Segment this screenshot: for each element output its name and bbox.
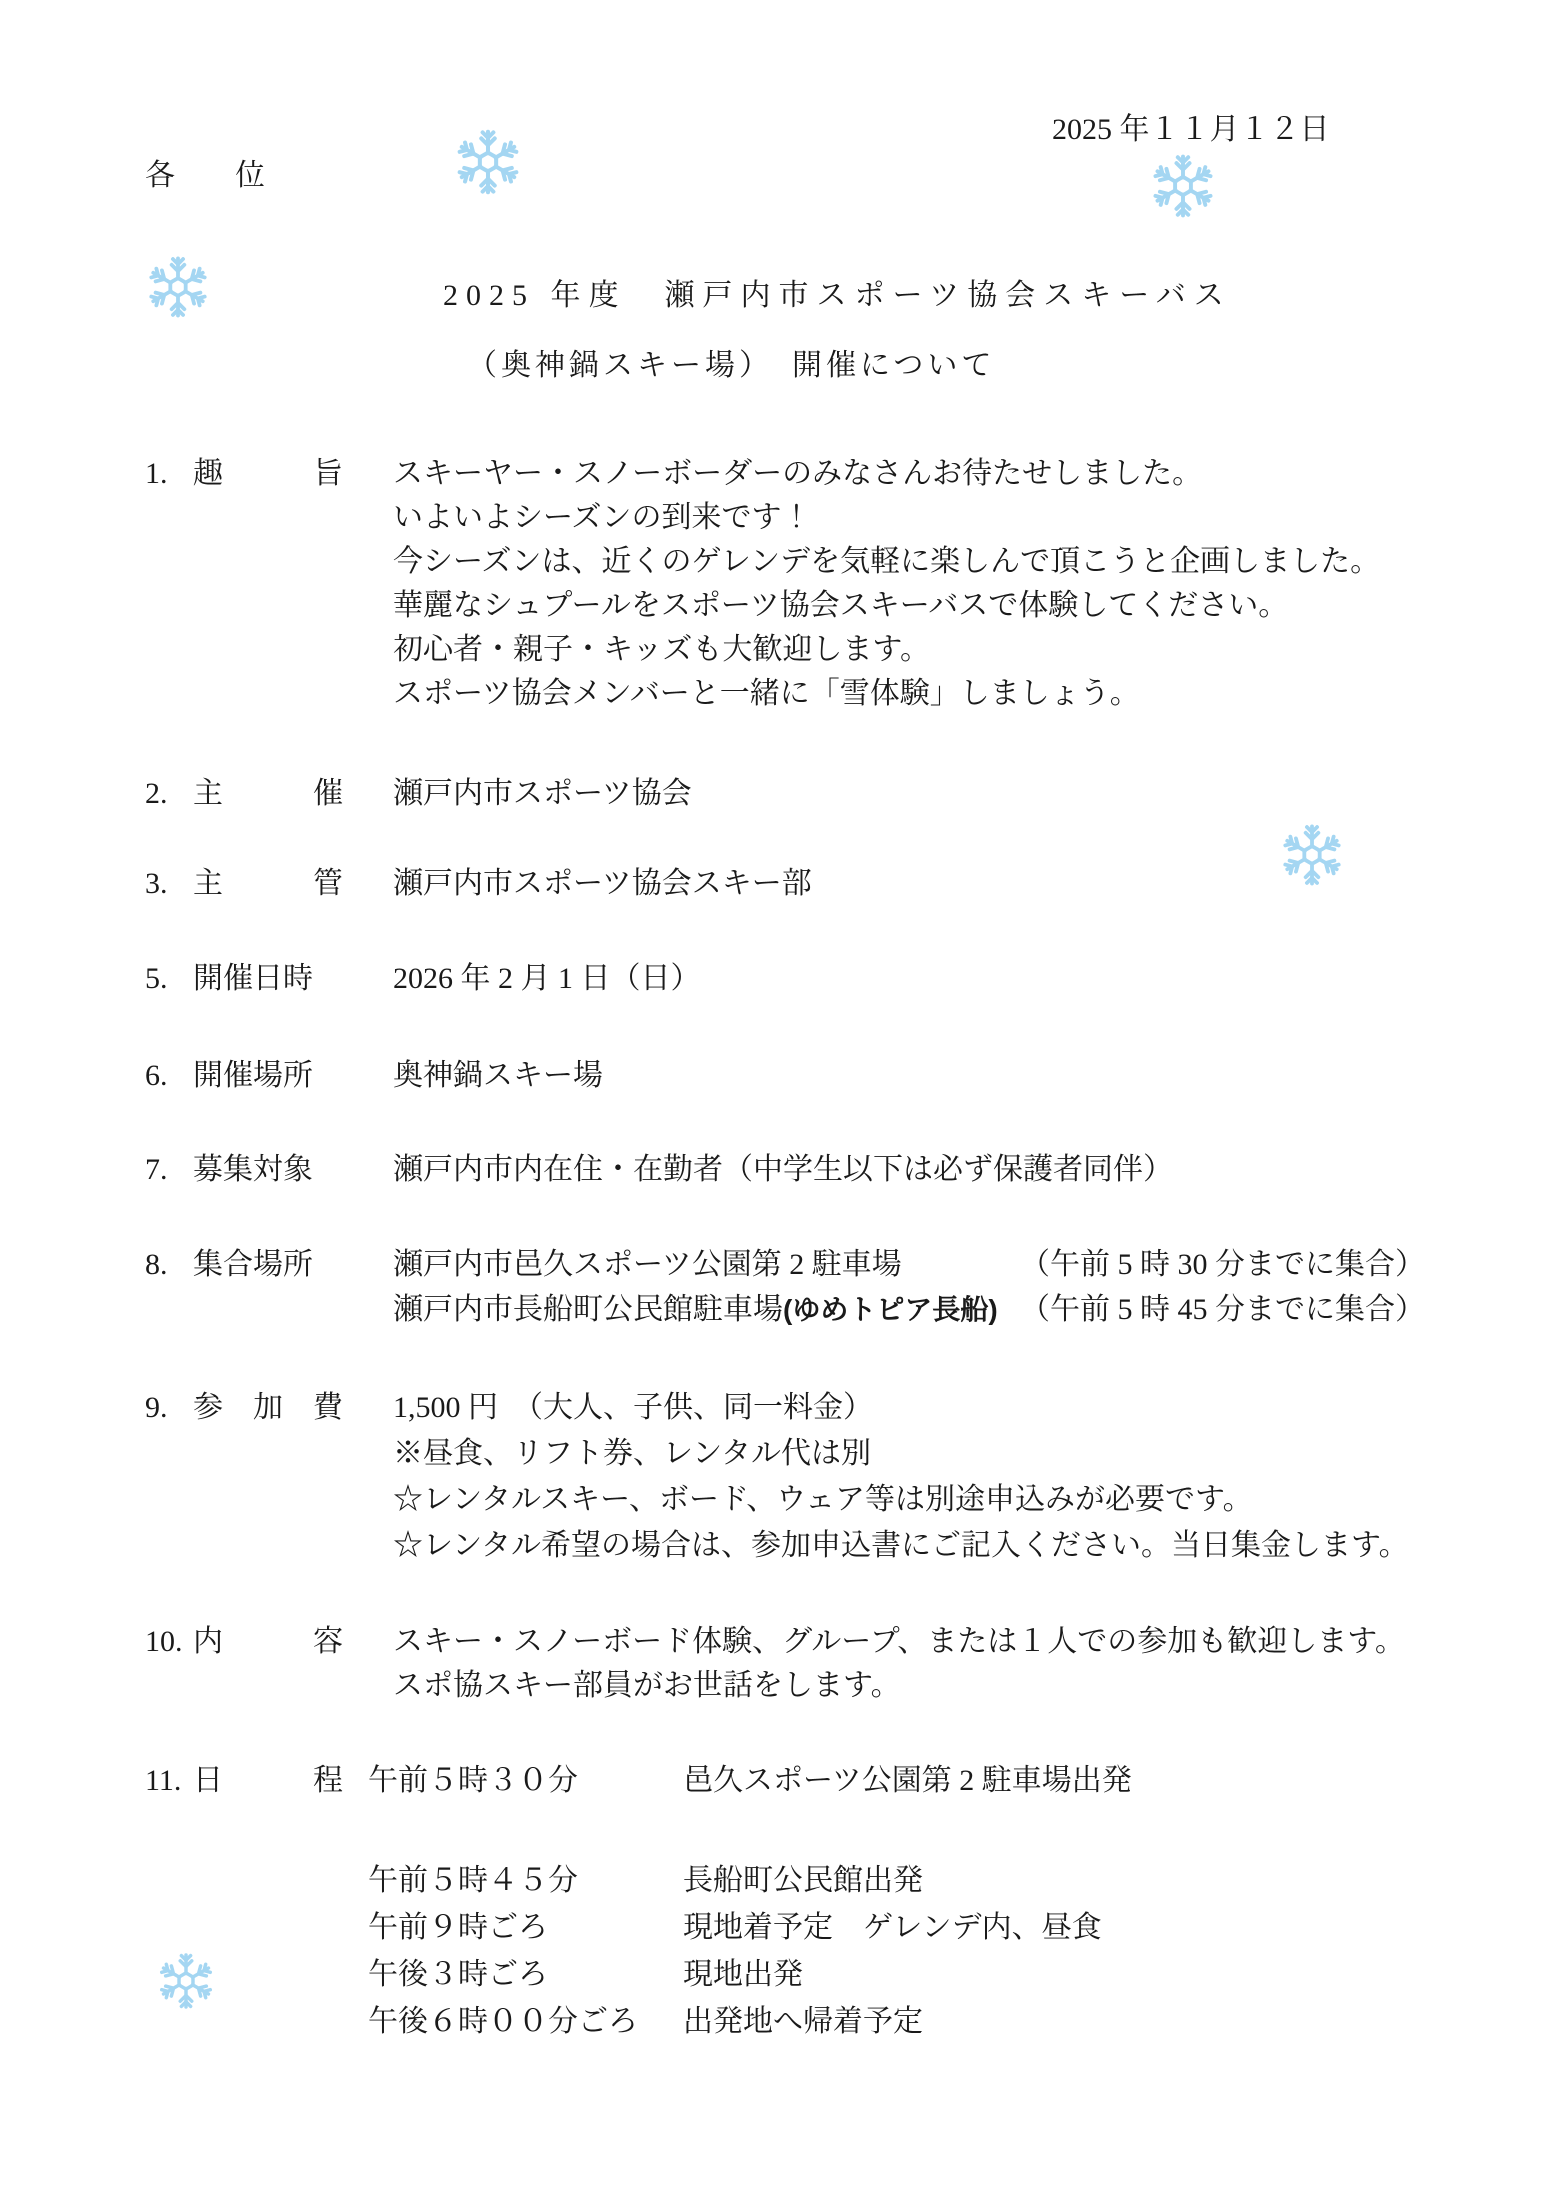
section-label: 趣 旨 (193, 452, 393, 496)
meeting-place-name: 瀬戸内市長船町公民館駐車場(ゆめトピア長船) (393, 1287, 1020, 1332)
section-line: 華麗なシュプールをスポーツ協会スキーバスで体験してください。 (393, 584, 1380, 628)
section-organizer: 2. 主 催 瀬戸内市スポーツ協会 (145, 772, 692, 816)
section-meeting-place: 8. 集合場所 瀬戸内市邑久スポーツ公園第 2 駐車場（午前 5 時 30 分ま… (145, 1242, 1425, 1332)
section-line: 2026 年 2 月 1 日（日） (393, 957, 701, 1001)
schedule-time: 午後６時００分ごろ (368, 1998, 683, 2045)
document-title-line1: 2025 年度 瀬戸内市スポーツ協会スキーバス (443, 276, 1232, 316)
section-content: スキー・スノーボード体験、グループ、または１人での参加も歓迎します。 スポ協スキ… (393, 1620, 1405, 1708)
schedule-row: 午後３時ごろ現地出発 (368, 1951, 1102, 1998)
section-label: 開催日時 (193, 957, 393, 1001)
schedule-event: 現地出発 (683, 1958, 803, 1991)
section-contents: 10. 内 容 スキー・スノーボード体験、グループ、または１人での参加も歓迎しま… (145, 1620, 1405, 1708)
snowflake-icon (1149, 152, 1217, 220)
section-label: 参 加 費 (193, 1385, 393, 1431)
section-content: 奥神鍋スキー場 (393, 1054, 603, 1098)
section-content: 瀬戸内市内在住・在勤者（中学生以下は必ず保護者同伴） (393, 1148, 1173, 1192)
meeting-place-name: 瀬戸内市邑久スポーツ公園第 2 駐車場 (393, 1242, 1020, 1287)
schedule-event: 長船町公民館出発 (683, 1864, 923, 1897)
schedule-event: 邑久スポーツ公園第 2 駐車場出発 (683, 1764, 1132, 1797)
meeting-place-row: 瀬戸内市長船町公民館駐車場(ゆめトピア長船)（午前 5 時 45 分までに集合） (393, 1287, 1425, 1332)
document-date: 2025 年１１月１２日 (1052, 112, 1330, 148)
meeting-place-note: （午前 5 時 45 分までに集合） (1020, 1293, 1425, 1326)
section-label: 開催場所 (193, 1054, 393, 1098)
document-title-line2: （奥神鍋スキー場） 開催について (467, 346, 995, 386)
meeting-place-row: 瀬戸内市邑久スポーツ公園第 2 駐車場（午前 5 時 30 分までに集合） (393, 1242, 1425, 1287)
section-label: 主 管 (193, 862, 393, 906)
section-line: ☆レンタル希望の場合は、参加申込書にご記入ください。当日集金します。 (393, 1523, 1409, 1569)
section-line: いよいよシーズンの到来です！ (393, 496, 1380, 540)
section-content: 瀬戸内市スポーツ協会 (393, 772, 692, 816)
section-content: 2026 年 2 月 1 日（日） (393, 957, 701, 1001)
section-line: 瀬戸内市スポーツ協会 (393, 772, 692, 816)
section-num: 8. (145, 1242, 193, 1287)
meeting-place-name-bold: (ゆめトピア長船) (783, 1294, 998, 1325)
section-line: スキーヤー・スノーボーダーのみなさんお待たせしました。 (393, 452, 1380, 496)
section-content: 1,500 円 （大人、子供、同一料金） ※昼食、リフト券、レンタル代は別 ☆レ… (393, 1385, 1409, 1569)
section-purpose: 1. 趣 旨 スキーヤー・スノーボーダーのみなさんお待たせしました。 いよいよシ… (145, 452, 1380, 716)
schedule-event: 現地着予定 ゲレンデ内、昼食 (683, 1911, 1102, 1944)
section-num: 5. (145, 957, 193, 1001)
schedule-row: 午前５時３０分邑久スポーツ公園第 2 駐車場出発 (368, 1759, 1132, 1803)
schedule-event: 出発地へ帰着予定 (683, 2005, 923, 2038)
snowflake-icon (1279, 822, 1345, 888)
schedule-time: 午前９時ごろ (368, 1904, 683, 1951)
section-line: スポーツ協会メンバーと一緒に「雪体験」しましょう。 (393, 672, 1380, 716)
section-content: 瀬戸内市邑久スポーツ公園第 2 駐車場（午前 5 時 30 分までに集合） 瀬戸… (393, 1242, 1425, 1332)
section-itinerary: 11. 日 程 午前５時３０分邑久スポーツ公園第 2 駐車場出発 (145, 1759, 1132, 1803)
section-line: 1,500 円 （大人、子供、同一料金） (393, 1385, 1409, 1431)
section-num: 6. (145, 1054, 193, 1098)
section-eligibility: 7. 募集対象 瀬戸内市内在住・在勤者（中学生以下は必ず保護者同伴） (145, 1148, 1173, 1192)
section-line: 瀬戸内市スポーツ協会スキー部 (393, 862, 812, 906)
section-label: 集合場所 (193, 1242, 393, 1287)
meeting-place-note: （午前 5 時 30 分までに集合） (1020, 1248, 1425, 1281)
section-num: 3. (145, 862, 193, 906)
section-line: 瀬戸内市内在住・在勤者（中学生以下は必ず保護者同伴） (393, 1148, 1173, 1192)
salutation: 各 位 (145, 158, 265, 194)
section-line: ※昼食、リフト券、レンタル代は別 (393, 1431, 1409, 1477)
section-num: 10. (145, 1620, 193, 1664)
section-num: 1. (145, 452, 193, 496)
section-num: 11. (145, 1759, 193, 1803)
schedule-time: 午後３時ごろ (368, 1951, 683, 1998)
section-datetime: 5. 開催日時 2026 年 2 月 1 日（日） (145, 957, 701, 1001)
section-content: 瀬戸内市スポーツ協会スキー部 (393, 862, 812, 906)
section-num: 2. (145, 772, 193, 816)
section-line: スキー・スノーボード体験、グループ、または１人での参加も歓迎します。 (393, 1620, 1405, 1664)
section-venue: 6. 開催場所 奥神鍋スキー場 (145, 1054, 603, 1098)
section-line: スポ協スキー部員がお世話をします。 (393, 1664, 1405, 1708)
section-fee: 9. 参 加 費 1,500 円 （大人、子供、同一料金） ※昼食、リフト券、レ… (145, 1385, 1409, 1569)
schedule-time: 午前５時３０分 (368, 1759, 683, 1803)
section-label: 主 催 (193, 772, 393, 816)
section-line: 奥神鍋スキー場 (393, 1054, 603, 1098)
snowflake-icon (145, 254, 211, 320)
section-label: 内 容 (193, 1620, 393, 1664)
section-management: 3. 主 管 瀬戸内市スポーツ協会スキー部 (145, 862, 812, 906)
section-label: 募集対象 (193, 1148, 393, 1192)
section-line: 初心者・親子・キッズも大歓迎します。 (393, 628, 1380, 672)
snowflake-icon (156, 1951, 216, 2011)
section-content: スキーヤー・スノーボーダーのみなさんお待たせしました。 いよいよシーズンの到来で… (393, 452, 1380, 716)
schedule-time: 午前５時４５分 (368, 1857, 683, 1904)
section-num: 9. (145, 1385, 193, 1431)
section-content: 午前５時３０分邑久スポーツ公園第 2 駐車場出発 (368, 1759, 1132, 1803)
itinerary-schedule: 午前５時４５分長船町公民館出発 午前９時ごろ現地着予定 ゲレンデ内、昼食 午後３… (368, 1857, 1102, 2045)
schedule-row: 午前５時４５分長船町公民館出発 (368, 1857, 1102, 1904)
schedule-row: 午後６時００分ごろ出発地へ帰着予定 (368, 1998, 1102, 2045)
snowflake-icon (453, 127, 523, 197)
schedule-row: 午前９時ごろ現地着予定 ゲレンデ内、昼食 (368, 1904, 1102, 1951)
section-num: 7. (145, 1148, 193, 1192)
document-page: 2025 年１１月１２日 各 位 2025 年度 瀬戸内市スポーツ協会スキーバス… (0, 0, 1556, 2200)
section-label: 日 程 (193, 1759, 368, 1803)
section-line: 今シーズンは、近くのゲレンデを気軽に楽しんで頂こうと企画しました。 (393, 540, 1380, 584)
section-line: ☆レンタルスキー、ボード、ウェア等は別途申込みが必要です。 (393, 1477, 1409, 1523)
